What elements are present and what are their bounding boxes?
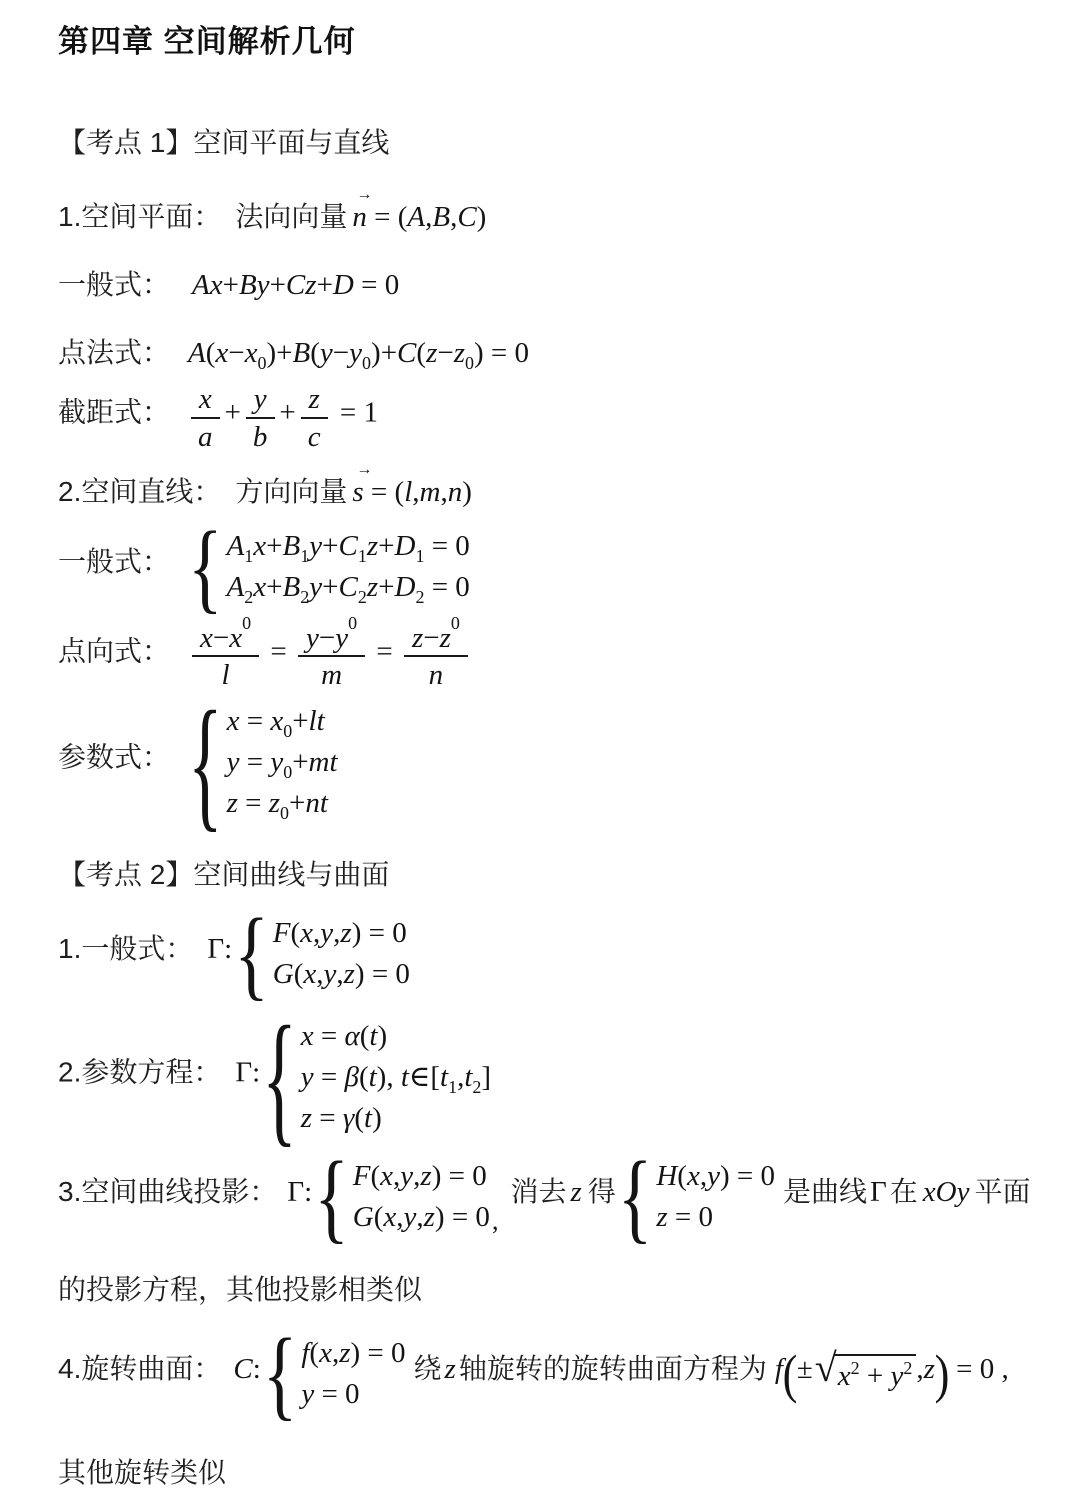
fraction: zc: [300, 384, 329, 452]
math-run: 0: [465, 353, 474, 373]
subscript: 0: [362, 357, 371, 372]
subscript: 1: [358, 550, 367, 565]
math-run: Γ:: [287, 1176, 312, 1208]
fraction: xa: [190, 384, 221, 452]
subscript: 0: [348, 623, 357, 653]
text-run: 一般式：: [58, 546, 170, 577]
math-run: −: [213, 623, 229, 653]
math-run: −: [333, 337, 349, 369]
math-run: +: [317, 269, 333, 301]
math-run: ): [477, 201, 487, 233]
projection-note: 的投影方程，其他投影相类似: [58, 1272, 1052, 1308]
math-run: +: [266, 571, 282, 603]
math-run: =: [263, 635, 294, 667]
math-run: c: [308, 422, 321, 452]
math-run: +: [322, 571, 338, 603]
math-run: Γ:: [207, 933, 232, 965]
math-run: z: [924, 1353, 935, 1385]
math-run: B: [293, 337, 311, 369]
math-run: y: [320, 917, 333, 949]
spacer: [221, 225, 235, 226]
text-run: 是曲线: [783, 1176, 867, 1207]
vector-arrow-icon: →: [356, 185, 372, 206]
math-run: ): [377, 1020, 387, 1052]
cases-row: A2x+B2y+C2z+D2 = 0: [227, 571, 470, 604]
math-run: y: [306, 623, 319, 653]
spacer: [347, 500, 349, 501]
cases-group: {H(x,y) = 0z = 0: [618, 1160, 775, 1235]
subscript: 1: [448, 1081, 457, 1096]
math-run: x: [838, 1360, 851, 1392]
chapter-title: 第四章 空间解析几何: [58, 16, 1052, 61]
math-run: b: [253, 422, 268, 452]
math-run: Cz: [286, 269, 317, 301]
math-run: x: [380, 1160, 393, 1192]
math-run: x: [215, 337, 228, 369]
math-run: 0: [283, 762, 292, 782]
math-run: ,: [316, 958, 323, 990]
math-run: 0: [362, 353, 371, 373]
cases-group: {x = x0+lty = y0+mtz = z0+nt: [188, 705, 338, 821]
text-run: 绕: [414, 1353, 442, 1384]
math-run: 2: [358, 587, 367, 607]
math-run: = 0: [321, 1378, 359, 1410]
spacer: [221, 1377, 233, 1378]
text-run: 得: [588, 1176, 616, 1207]
math-run: x: [253, 530, 266, 562]
math-run: y: [320, 337, 333, 369]
radical-icon: √: [815, 1348, 837, 1388]
math-run: ∈[: [409, 1061, 440, 1093]
subscript: 0: [283, 725, 292, 740]
math-run: +: [270, 269, 286, 301]
math-run: C: [338, 530, 357, 562]
math-run: ) = 0: [720, 1160, 775, 1192]
spacer: [170, 659, 188, 660]
math-run: 0: [242, 613, 251, 633]
text-run: 在: [890, 1176, 918, 1207]
math-run: ]: [481, 1061, 491, 1093]
math-run: (: [374, 1201, 384, 1233]
text-run: 【考点 2】空间曲线与曲面: [58, 859, 389, 890]
math-run: nt: [305, 787, 328, 819]
cases-row: z = 0: [656, 1201, 775, 1234]
math-run: z: [301, 1102, 320, 1134]
math-run: =: [247, 705, 271, 737]
math-run: C: [338, 571, 357, 603]
text-run: 平面: [974, 1176, 1030, 1207]
math-run: 1: [448, 1077, 457, 1097]
math-run: (: [310, 337, 320, 369]
text-run: 1.空间平面：: [58, 201, 221, 232]
math-run: =: [369, 635, 400, 667]
math-run: = 0: [675, 1201, 713, 1233]
math-run: (: [360, 1020, 370, 1052]
plane-intercept: 截距式：xa+yb+zc = 1: [58, 384, 1052, 452]
math-run: (: [309, 1337, 319, 1369]
math-run: B: [432, 201, 450, 233]
math-run: +: [292, 746, 308, 778]
text-run: 的投影方程，其他投影相类似: [58, 1274, 422, 1305]
fraction: yb: [245, 384, 276, 452]
cases-row: A1x+B1y+C1z+D1 = 0: [227, 530, 470, 563]
math-run: By: [239, 269, 270, 301]
text-run: 点法式：: [58, 337, 170, 368]
math-run: 1: [358, 546, 367, 566]
math-run: y: [404, 1201, 417, 1233]
math-run: y: [227, 746, 247, 778]
cases-row: y = y0+mt: [227, 746, 338, 779]
text-run: 1.一般式：: [58, 933, 193, 964]
math-run: A: [407, 201, 425, 233]
math-run: 0: [451, 613, 460, 633]
spacer: [170, 570, 186, 571]
math-run: F: [273, 917, 291, 949]
keypoint1-heading: 【考点 1】空间平面与直线: [58, 125, 1052, 161]
math-run: +: [279, 397, 295, 429]
math-run: −: [228, 337, 244, 369]
math-run: Γ: [870, 1176, 887, 1208]
math-run: 0: [280, 803, 289, 823]
math-run: 0: [348, 613, 357, 633]
cases-row: z = γ(t): [301, 1102, 491, 1135]
cases-row: y = β(t), t∈[t1,t2]: [301, 1061, 491, 1094]
math-run: 2: [903, 1358, 912, 1378]
math-run: z: [420, 1160, 431, 1192]
math-run: )+: [371, 337, 397, 369]
math-run: y: [309, 571, 322, 603]
math-run: D: [394, 571, 415, 603]
subscript: 0: [451, 623, 460, 653]
superscript: 2: [903, 1362, 912, 1377]
math-run: ),: [377, 1061, 401, 1093]
math-run: (: [354, 1102, 364, 1134]
text-run: 【考点 1】空间平面与直线: [58, 127, 389, 158]
math-run: ) = 0: [474, 337, 529, 369]
spacer: [170, 361, 188, 362]
math-run: γ: [343, 1102, 354, 1134]
math-run: α: [344, 1020, 359, 1052]
subscript: 2: [244, 591, 253, 606]
math-run: n: [429, 660, 444, 690]
math-run: x: [199, 384, 212, 414]
math-run: y: [301, 1378, 321, 1410]
math-run: 1: [300, 546, 309, 566]
plane-point-normal: 点法式：A(x−x0)+B(y−y0)+C(z−z0) = 0: [58, 335, 1052, 373]
math-run: t: [401, 1061, 409, 1093]
subscript: 0: [280, 807, 289, 822]
cases-row: G(x,y,z) = 0: [353, 1201, 490, 1234]
math-run: y: [707, 1160, 720, 1192]
math-run: ): [462, 476, 472, 508]
math-run: t: [364, 1102, 372, 1134]
subscript: 1: [300, 550, 309, 565]
math-run: y: [270, 746, 283, 778]
math-run: x: [245, 337, 258, 369]
math-run: (: [206, 337, 216, 369]
math-run: D: [394, 530, 415, 562]
math-run: ,: [412, 476, 419, 508]
text-run: 3.空间曲线投影：: [58, 1176, 277, 1207]
math-run: z: [340, 917, 351, 949]
spacer: [170, 293, 192, 294]
math-run: (: [370, 1160, 380, 1192]
math-run: m: [321, 660, 342, 690]
plane-general: 一般式：Ax+By+Cz+D = 0: [58, 267, 1052, 305]
subscript: 0: [242, 623, 251, 653]
text-run: 方向向量: [235, 476, 347, 507]
math-run: a: [198, 422, 213, 452]
math-run: ,: [440, 476, 447, 508]
math-run: 2: [300, 587, 309, 607]
math-run: t: [440, 1061, 448, 1093]
math-run: Ax: [192, 269, 223, 301]
math-run: = 0: [361, 269, 399, 301]
math-run: +: [378, 530, 394, 562]
plane-intro: 1.空间平面：法向向量n→ = (A,B,C): [58, 199, 1052, 237]
math-run: = (: [364, 476, 405, 508]
math-run: =: [245, 787, 269, 819]
spacer: [170, 765, 186, 766]
math-run: z: [344, 958, 355, 990]
math-run: = 0: [424, 530, 469, 562]
math-run: A: [227, 571, 245, 603]
math-run: l: [222, 660, 230, 690]
math-run: z: [424, 1201, 435, 1233]
vector-symbol: n→: [352, 199, 367, 237]
math-run: x: [229, 623, 242, 653]
math-run: (: [290, 917, 300, 949]
math-run: z: [367, 530, 378, 562]
math-run: +: [378, 571, 394, 603]
math-run: x: [253, 571, 266, 603]
math-run: ) = 0: [350, 1337, 405, 1369]
text-run: 一般式：: [58, 269, 170, 300]
math-run: −: [319, 623, 335, 653]
cases-row: x = x0+lt: [227, 705, 338, 738]
math-run: C: [233, 1353, 252, 1385]
math-run: (: [294, 958, 304, 990]
math-run: = (: [367, 201, 408, 233]
low-comma: ,: [492, 1204, 499, 1238]
math-run: 2: [244, 587, 253, 607]
math-run: z: [426, 337, 437, 369]
math-run: y: [254, 384, 267, 414]
cases-group: {F(x,y,z) = 0G(x,y,z) = 0: [314, 1160, 490, 1235]
math-run: ,: [396, 1201, 403, 1233]
text-run: 点向式：: [58, 635, 170, 666]
line-parametric: 参数式：{x = x0+lty = y0+mtz = z0+nt: [58, 701, 1052, 825]
math-run: = 0: [424, 571, 469, 603]
cases-group: {A1x+B1y+C1z+D1 = 0A2x+B2y+C2z+D2 = 0: [188, 530, 470, 605]
spacer: [221, 1080, 235, 1081]
cases-group: {f(x,z) = 0y = 0: [263, 1337, 406, 1412]
math-run: z: [339, 1337, 350, 1369]
math-run: x: [200, 623, 213, 653]
math-run: x: [300, 917, 313, 949]
fraction: z−z0n: [404, 623, 468, 691]
math-run: x: [270, 705, 283, 737]
text-run: 其他旋转类似: [58, 1457, 226, 1488]
math-run: x: [383, 1201, 396, 1233]
math-run: y: [301, 1061, 321, 1093]
math-run: x: [301, 1020, 321, 1052]
superscript: 2: [851, 1362, 860, 1377]
spacer: [221, 500, 235, 501]
math-run: lt: [309, 705, 325, 737]
math-run: D: [333, 269, 361, 301]
math-run: )+: [267, 337, 293, 369]
text-run: 轴旋转的旋转曲面方程为: [459, 1353, 767, 1384]
document-content: 【考点 1】空间平面与直线1.空间平面：法向向量n→ = (A,B,C)一般式：…: [58, 125, 1052, 1492]
spacer: [498, 1200, 510, 1201]
math-run: z: [445, 1353, 456, 1385]
math-run: ): [372, 1102, 382, 1134]
vector-symbol: s→: [352, 474, 363, 512]
math-run: +: [223, 269, 239, 301]
math-run: n: [448, 476, 463, 508]
math-run: =: [321, 1020, 345, 1052]
fraction: y−y0m: [298, 623, 365, 691]
math-run: +: [289, 787, 305, 819]
math-run: xOy: [923, 1176, 970, 1208]
math-run: m: [420, 476, 441, 508]
cases-row: G(x,y,z) = 0: [273, 958, 410, 991]
math-run: x: [319, 1337, 332, 1369]
math-run: ±: [797, 1353, 813, 1385]
cases-row: F(x,y,z) = 0: [273, 917, 410, 950]
math-run: ) = 0: [352, 917, 407, 949]
math-run: C: [397, 337, 416, 369]
spacer: [193, 957, 207, 958]
math-run: z: [656, 1201, 675, 1233]
math-run: +: [322, 530, 338, 562]
sqrt-radical: √x2 + y2: [815, 1354, 917, 1396]
math-run: y: [890, 1360, 903, 1392]
math-run: +: [225, 397, 241, 429]
cases-row: H(x,y) = 0: [656, 1160, 775, 1193]
math-run: −: [423, 623, 439, 653]
math-run: ,: [916, 1353, 923, 1385]
math-run: = 0 ,: [949, 1353, 1009, 1385]
math-run: H: [656, 1160, 677, 1192]
math-run: (: [677, 1160, 687, 1192]
math-run: 0: [258, 353, 267, 373]
math-run: (: [416, 337, 426, 369]
math-run: C: [457, 201, 476, 233]
math-run: :: [253, 1353, 261, 1385]
rotation-note: 其他旋转类似: [58, 1455, 1052, 1491]
math-run: ) = 0: [355, 958, 410, 990]
cases-group: {x = α(t)y = β(t), t∈[t1,t2]z = γ(t): [262, 1020, 491, 1136]
math-run: t: [369, 1061, 377, 1093]
math-run: 2: [851, 1358, 860, 1378]
line-general: 一般式：{A1x+B1y+C1z+D1 = 0A2x+B2y+C2z+D2 = …: [58, 526, 1052, 609]
math-run: +: [266, 530, 282, 562]
text-run: 4.旋转曲面：: [58, 1353, 221, 1384]
math-run: ) = 0: [432, 1160, 487, 1192]
math-run: y: [349, 337, 362, 369]
subscript: 0: [465, 357, 474, 372]
math-run: ,: [336, 958, 343, 990]
surface-rotation: 4.旋转曲面：C:{f(x,z) = 0y = 0绕z轴旋转的旋转曲面方程为f(…: [58, 1333, 1052, 1416]
math-run: z: [309, 384, 320, 414]
keypoint2-heading: 【考点 2】空间曲线与曲面: [58, 857, 1052, 893]
cases-row: F(x,y,z) = 0: [353, 1160, 490, 1193]
subscript: 1: [244, 550, 253, 565]
math-run: B: [283, 530, 301, 562]
document-page: 第四章 空间解析几何 【考点 1】空间平面与直线1.空间平面：法向向量n→ = …: [0, 0, 1080, 1500]
math-run: A: [227, 530, 245, 562]
text-run: 截距式：: [58, 397, 170, 428]
math-run: G: [353, 1201, 374, 1233]
math-run: y: [309, 530, 322, 562]
spacer: [170, 421, 186, 422]
subscript: 0: [258, 357, 267, 372]
curve-general: 1.一般式：Γ:{F(x,y,z) = 0G(x,y,z) = 0: [58, 913, 1052, 996]
spacer: [347, 225, 349, 226]
spacer: [767, 1377, 775, 1378]
text-run: 2.空间直线：: [58, 476, 221, 507]
cases-row: y = 0: [301, 1378, 405, 1411]
math-run: β: [344, 1061, 358, 1093]
math-run: +: [860, 1360, 891, 1392]
math-run: ) = 0: [435, 1201, 490, 1233]
text-run: 法向向量: [235, 201, 347, 232]
spacer: [277, 1200, 287, 1201]
curve-projection: 3.空间曲线投影：Γ:{F(x,y,z) = 0G(x,y,z) = 0,消去z…: [58, 1156, 1052, 1239]
math-run: z: [454, 337, 465, 369]
math-run: F: [353, 1160, 371, 1192]
line-intro: 2.空间直线：方向向量s→ = (l,m,n): [58, 474, 1052, 512]
math-run: x: [303, 958, 316, 990]
math-run: y: [335, 623, 348, 653]
subscript: 2: [358, 591, 367, 606]
text-run: 2.参数方程：: [58, 1056, 221, 1087]
math-run: A: [188, 337, 206, 369]
math-run: z: [227, 787, 246, 819]
math-run: z: [269, 787, 280, 819]
vector-arrow-icon: →: [356, 460, 372, 481]
math-run: +: [292, 705, 308, 737]
cases-row: x = α(t): [301, 1020, 491, 1053]
math-run: x: [687, 1160, 700, 1192]
math-run: 1: [244, 546, 253, 566]
math-run: z: [570, 1176, 581, 1208]
math-run: z: [412, 623, 423, 653]
text-run: 参数式：: [58, 741, 170, 772]
math-run: B: [283, 571, 301, 603]
subscript: 2: [300, 591, 309, 606]
math-run: =: [247, 746, 271, 778]
math-run: =: [321, 1061, 345, 1093]
curve-parametric: 2.参数方程：Γ:{x = α(t)y = β(t), t∈[t1,t2]z =…: [58, 1016, 1052, 1140]
math-run: =: [319, 1102, 343, 1134]
math-run: 0: [283, 721, 292, 741]
cases-row: f(x,z) = 0: [301, 1337, 405, 1370]
math-run: y: [324, 958, 337, 990]
subscript: 0: [283, 766, 292, 781]
math-run: = 1: [333, 397, 378, 429]
math-run: Γ:: [235, 1056, 260, 1088]
math-run: z: [440, 623, 451, 653]
math-run: y: [400, 1160, 413, 1192]
math-run: mt: [309, 746, 338, 778]
cases-row: z = z0+nt: [227, 787, 338, 820]
cases-group: {F(x,y,z) = 0G(x,y,z) = 0: [234, 917, 410, 992]
math-run: (: [359, 1061, 369, 1093]
math-run: ,: [700, 1160, 707, 1192]
